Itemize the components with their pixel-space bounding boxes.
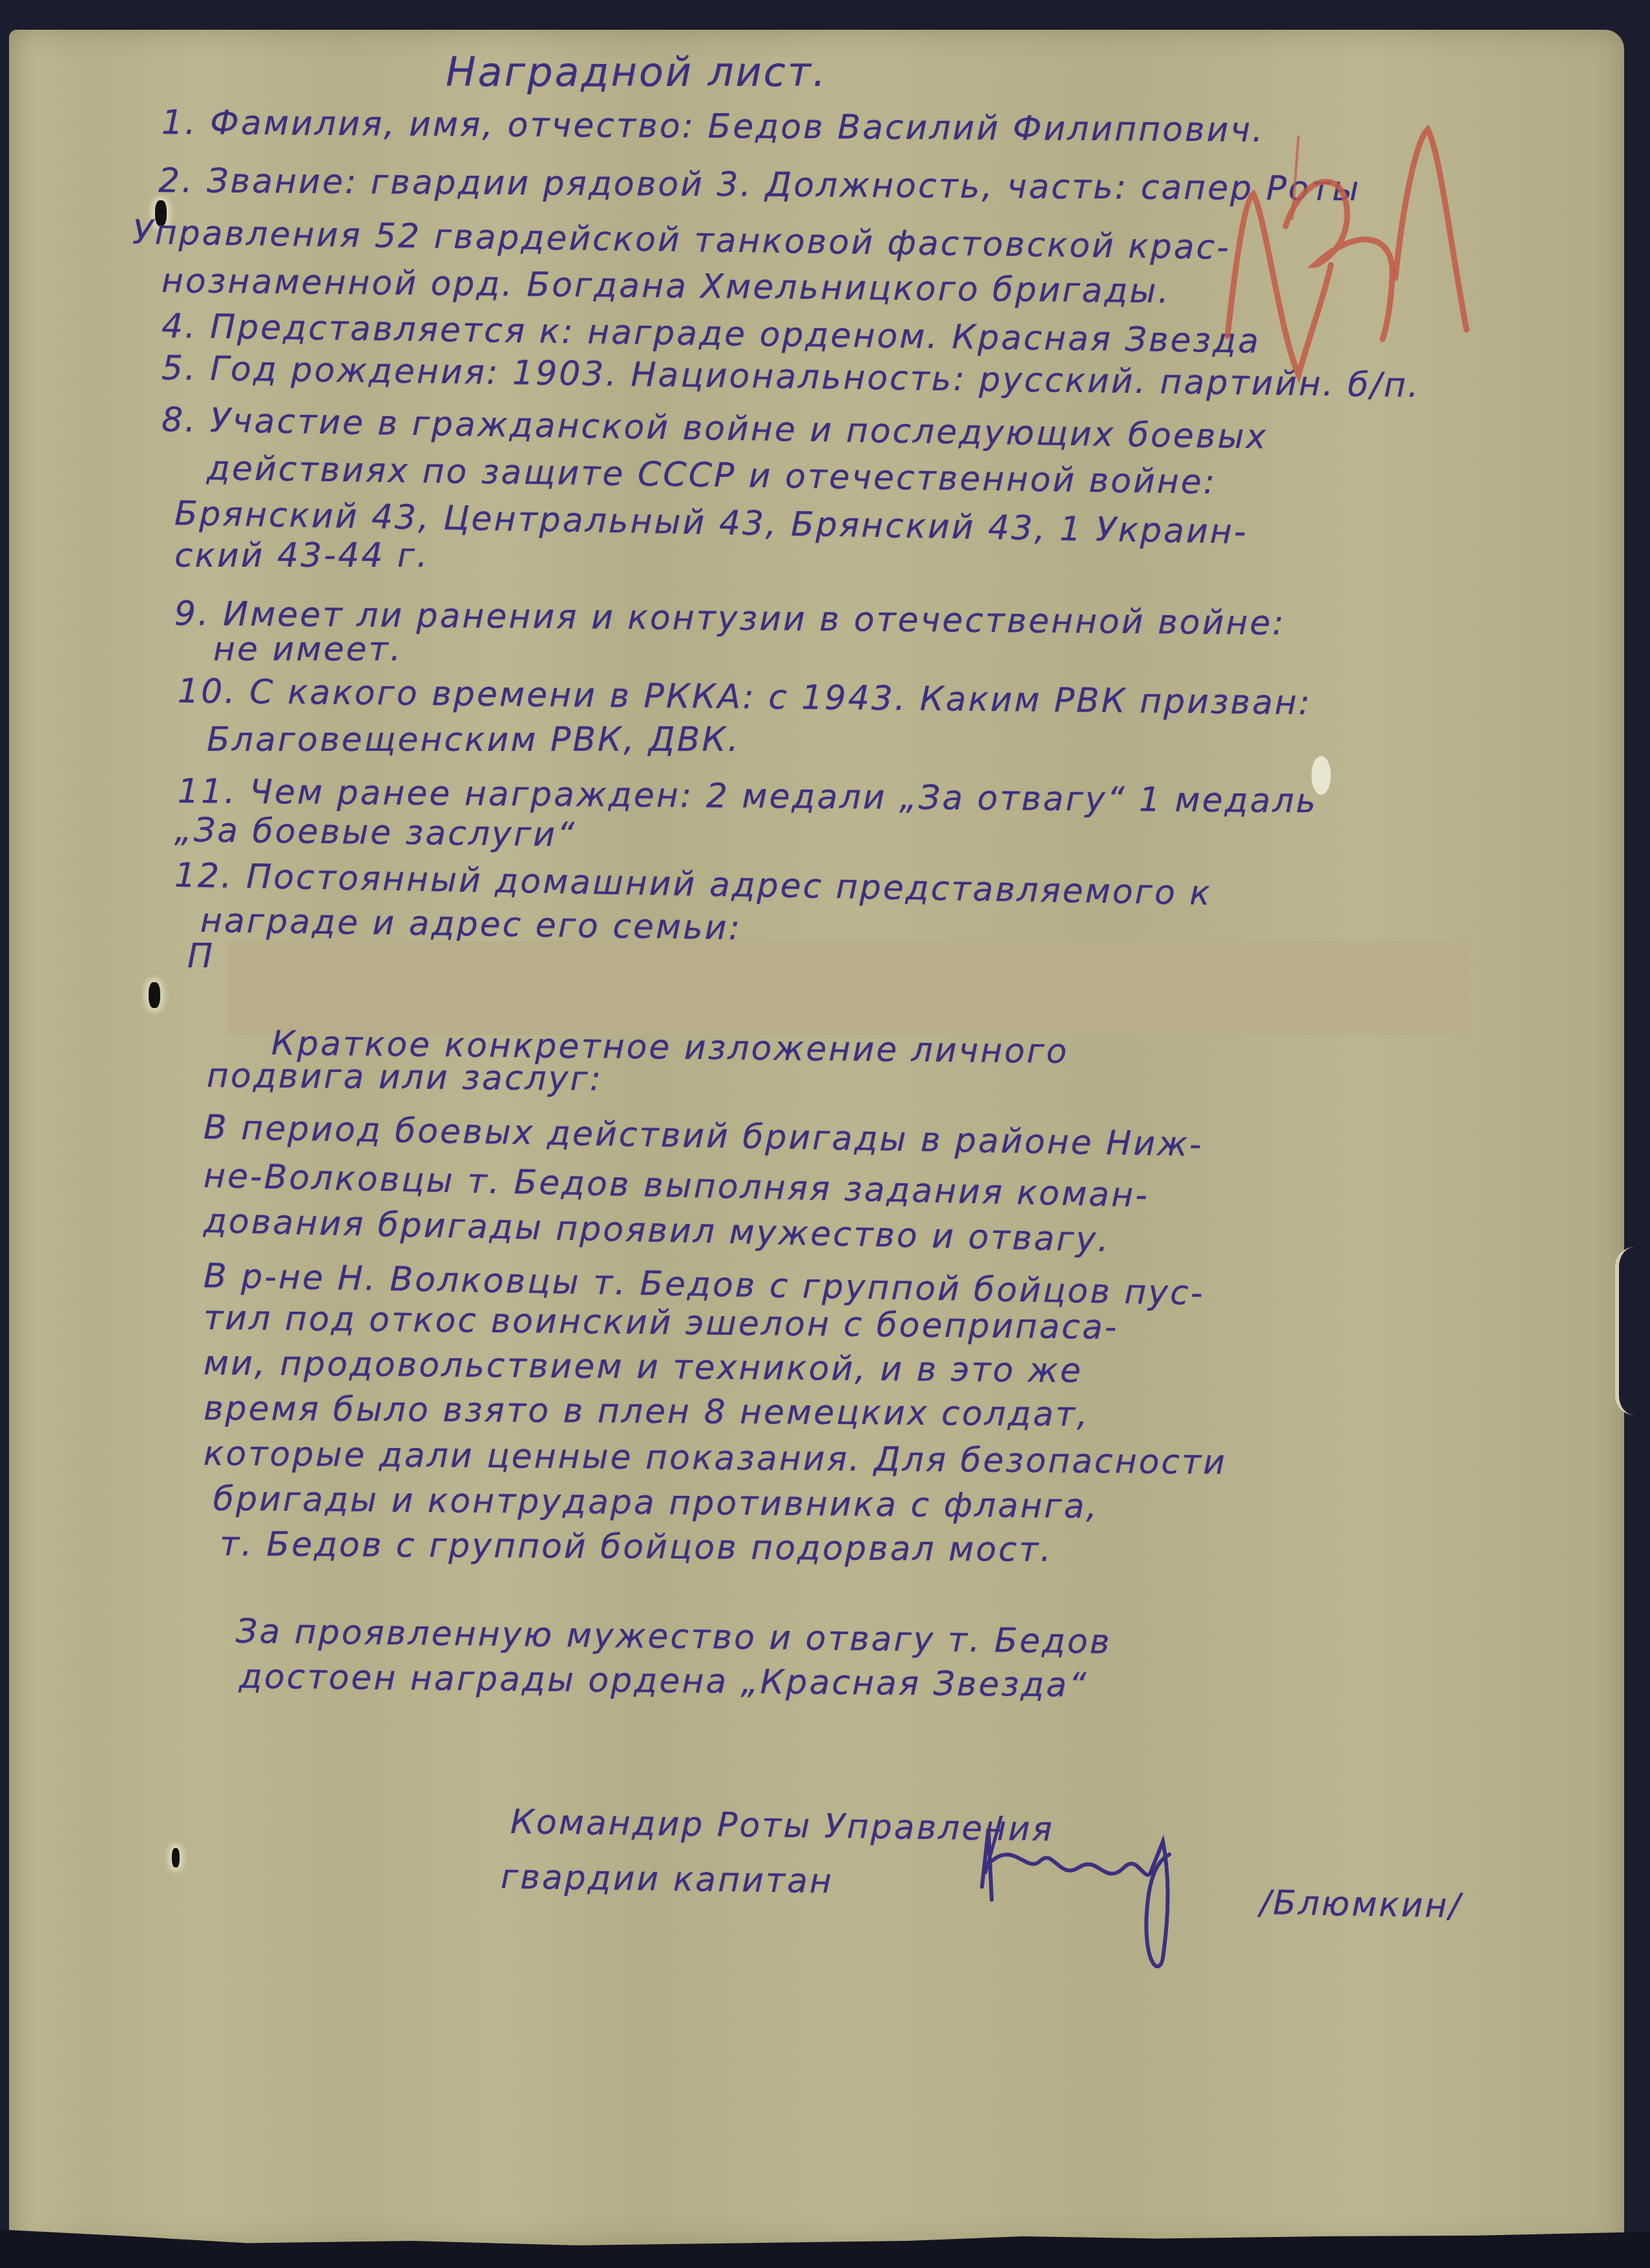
narrative-line: время было взято в плен 8 немецких солда… bbox=[204, 1389, 1090, 1434]
narrative-line: ми, продовольствием и техникой, и в это … bbox=[204, 1344, 1083, 1391]
narrative-heading-cont: подвига или заслуг: bbox=[207, 1056, 603, 1098]
punch-hole bbox=[172, 1848, 180, 1867]
field-previous-awards-cont: „За боевые заслуги“ bbox=[174, 811, 577, 855]
signatory-rank: гвардии капитан bbox=[501, 1858, 834, 1901]
signatory-name: /Блюмкин/ bbox=[1259, 1884, 1462, 1926]
field-wounds-answer: не имеет. bbox=[213, 630, 402, 669]
punch-hole bbox=[149, 982, 160, 1008]
redaction-block bbox=[227, 941, 1469, 1035]
field-draft-office: Благовещенским РВК, ДВК. bbox=[207, 720, 740, 759]
field-fronts-cont: ский 43-44 г. bbox=[174, 536, 430, 575]
document-title: Наградной лист. bbox=[446, 48, 828, 96]
field-address-start: П bbox=[187, 937, 214, 976]
handwritten-signature bbox=[976, 1816, 1247, 1971]
red-mark-text: 131 bbox=[1260, 168, 1272, 175]
field-full-name: 1. Фамилия, имя, отчество: Бедов Василий… bbox=[162, 103, 1265, 150]
red-pencil-number-mark bbox=[1215, 116, 1486, 388]
narrative-line: бригады и контрудара противника с фланга… bbox=[213, 1480, 1099, 1526]
torn-edge-notch bbox=[1615, 1247, 1650, 1415]
signatory-title: Командир Роты Управления bbox=[510, 1803, 1054, 1849]
narrative-line: т. Бедов с группой бойцов подорвал мост. bbox=[220, 1525, 1053, 1570]
